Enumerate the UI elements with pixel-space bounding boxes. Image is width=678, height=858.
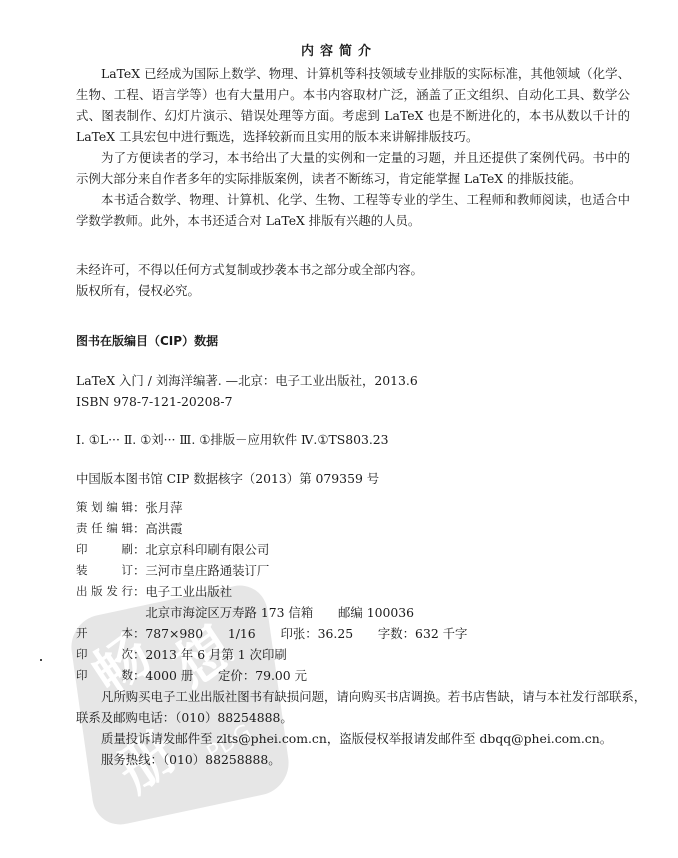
- credit-label: 装订: [76, 560, 133, 581]
- credit-value: 北京市海淀区万寿路 173 信箱 邮编 100036: [145, 602, 414, 623]
- service-hotline: 服务热线：（010）88258888。: [101, 749, 281, 770]
- credit-value: 北京京科印刷有限公司: [145, 539, 269, 560]
- credit-row: 开本 ：787×980 1/16 印张：36.25 字数：632 千字: [76, 623, 467, 644]
- credit-label: 策划编辑: [76, 497, 133, 518]
- credit-value: 三河市皇庄路通装订厂: [145, 560, 269, 581]
- summary-paragraph: 为了方便读者的学习，本书给出了大量的实例和一定量的习题，并且还提供了案例代码。书…: [76, 147, 630, 189]
- complaint-emails: 质量投诉请发邮件至 zlts@phei.com.cn，盗版侵权举报请发邮件至 d…: [101, 728, 612, 749]
- summary-paragraph: LaTeX 已经成为国际上数学、物理、计算机等科技领域专业排版的实际标准，其他领…: [76, 63, 630, 147]
- rights-reserved: 版权所有，侵权必究。: [76, 280, 200, 301]
- credit-value: 2013 年 6 月第 1 次印刷: [145, 644, 286, 665]
- isbn: ISBN 978-7-121-20208-7: [76, 391, 233, 412]
- cip-heading: 图书在版编目（CIP）数据: [76, 331, 218, 352]
- credit-row: 印数 ：4000 册 定价：79.00 元: [76, 665, 467, 686]
- credit-row: 责任编辑 ：高洪霞: [76, 518, 467, 539]
- credit-value: 张月萍: [145, 497, 182, 518]
- credit-row: 印次 ：2013 年 6 月第 1 次印刷: [76, 644, 467, 665]
- credit-value: 电子工业出版社: [145, 581, 232, 602]
- cip-core-number: 中国版本图书馆 CIP 数据核字（2013）第 079359 号: [76, 468, 379, 489]
- cip-entry: LaTeX 入门 / 刘海洋编著. —北京：电子工业出版社，2013.6: [76, 370, 418, 391]
- credit-label: 印刷: [76, 539, 133, 560]
- summary-paragraph: 本书适合数学、物理、计算机、化学、生物、工程等专业的学生、工程师和教师阅读，也适…: [76, 189, 630, 231]
- publication-credits: 策划编辑 ：张月萍 责任编辑 ：高洪霞 印刷 ：北京京科印刷有限公司 装订 ：三…: [76, 497, 467, 686]
- credit-label: 印次: [76, 644, 133, 665]
- credit-value: 高洪霞: [145, 518, 182, 539]
- copyright-notice: 未经许可，不得以任何方式复制或抄袭本书之部分或全部内容。: [76, 259, 423, 280]
- scan-speck: [40, 659, 42, 661]
- copyright-page: 畅 想 册 PDG 内容简介 LaTeX 已经成为国际上数学、物理、计算机等科技…: [0, 0, 678, 858]
- defect-notice: 凡所购买电子工业出版社图书有缺损问题，请向购买书店调换。若书店售缺，请与本社发行…: [101, 686, 646, 707]
- credit-row: 出版发行 ：电子工业出版社: [76, 581, 467, 602]
- credit-label: 开本: [76, 623, 133, 644]
- credit-label: 印数: [76, 665, 133, 686]
- credit-label-empty: [76, 602, 133, 623]
- credit-row: 印刷 ：北京京科印刷有限公司: [76, 539, 467, 560]
- credit-row: 策划编辑 ：张月萍: [76, 497, 467, 518]
- summary-section: LaTeX 已经成为国际上数学、物理、计算机等科技领域专业排版的实际标准，其他领…: [76, 63, 630, 231]
- credit-value: 4000 册 定价：79.00 元: [145, 665, 307, 686]
- credit-label: 出版发行: [76, 581, 133, 602]
- credit-row: ：北京市海淀区万寿路 173 信箱 邮编 100036: [76, 602, 467, 623]
- credit-value: 787×980 1/16 印张：36.25 字数：632 千字: [145, 623, 467, 644]
- page-title: 内容简介: [0, 40, 678, 59]
- mail-order-phone: 联系及邮购电话：（010）88254888。: [76, 707, 293, 728]
- credit-label: 责任编辑: [76, 518, 133, 539]
- cip-classification: Ⅰ. ①L··· Ⅱ. ①刘··· Ⅲ. ①排版－应用软件 Ⅳ.①TS803.2…: [76, 429, 389, 450]
- credit-row: 装订 ：三河市皇庄路通装订厂: [76, 560, 467, 581]
